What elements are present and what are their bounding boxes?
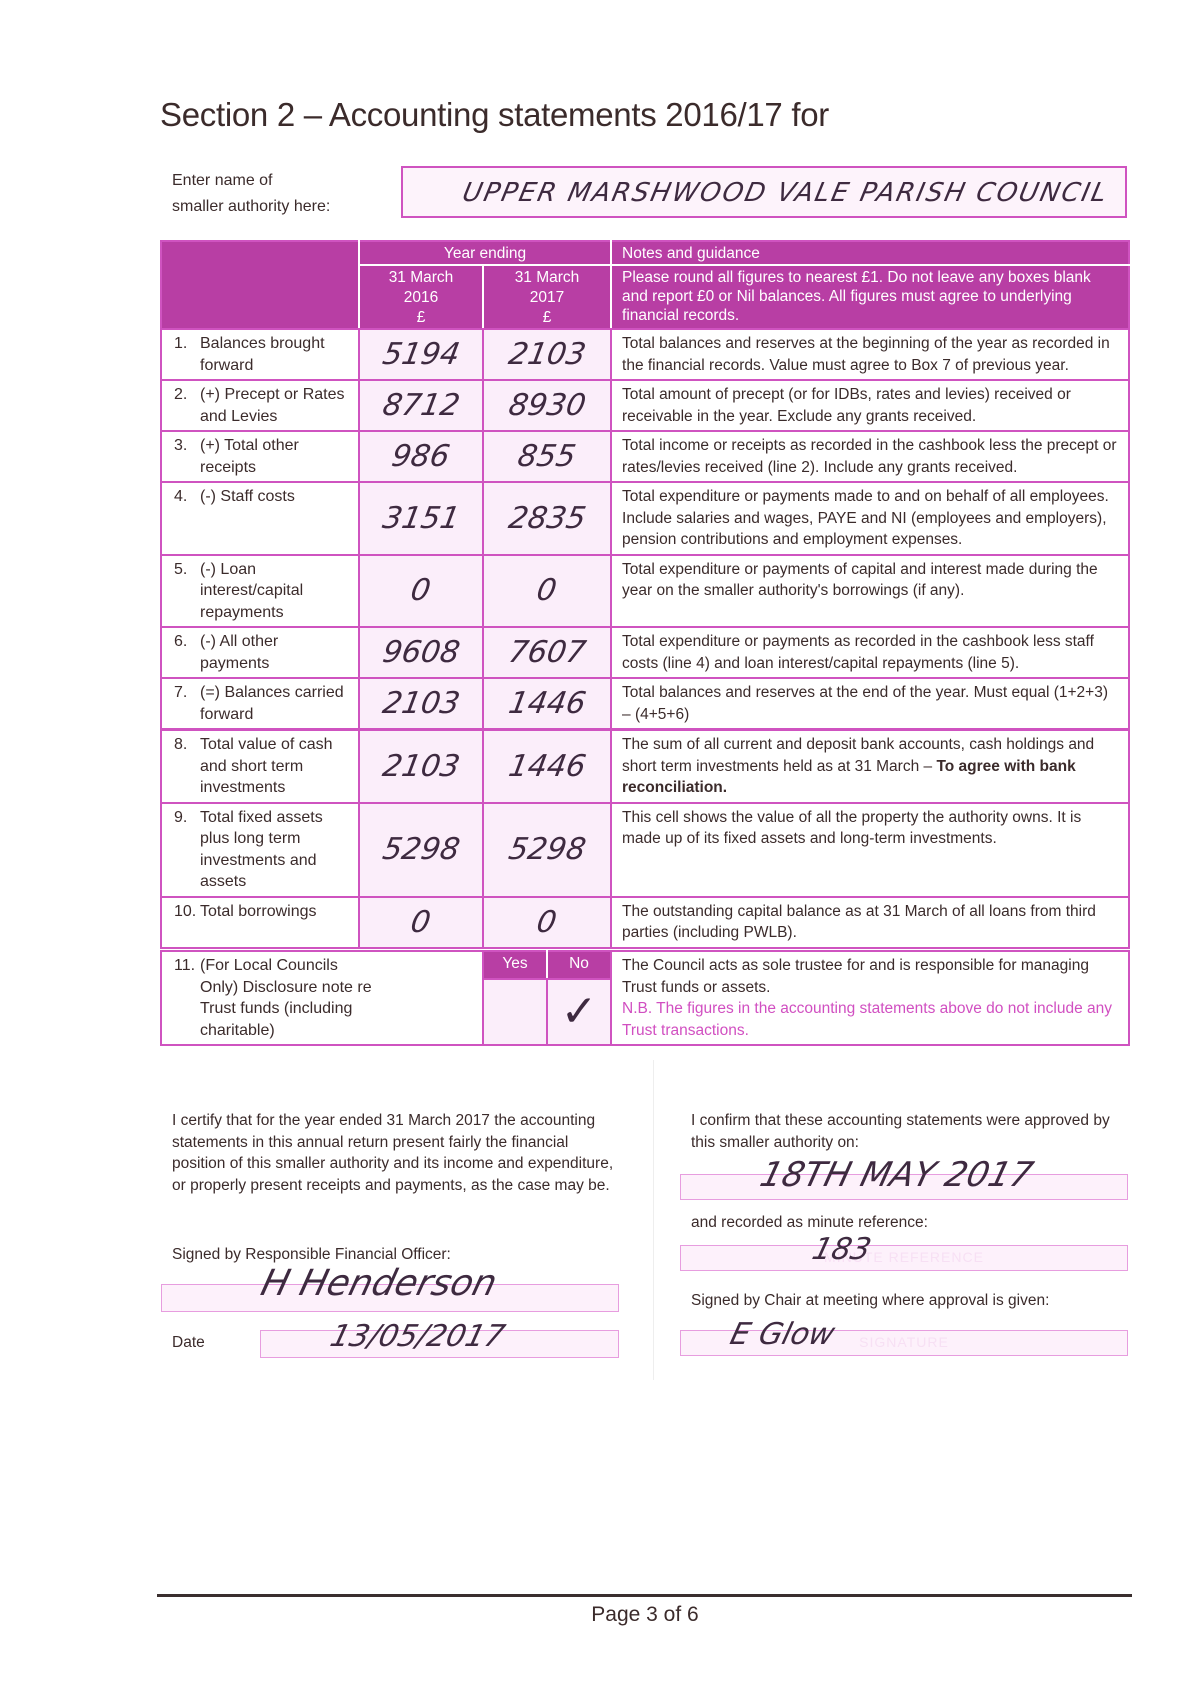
rfo-certification-text: I certify that for the year ended 31 Mar… xyxy=(172,1110,622,1196)
value-2016: 5298 xyxy=(380,832,463,867)
row-number: 2. xyxy=(174,384,200,406)
authority-name-value: UPPER MARSHWOOD VALE PARISH COUNCIL xyxy=(460,178,1111,208)
row-note-text: Total balances and reserves at the end o… xyxy=(622,684,1108,723)
row-number: 10. xyxy=(174,901,200,923)
row-label-cell: 4.(-) Staff costs xyxy=(161,482,359,555)
row-label-cell: 8.Total value of cash and short term inv… xyxy=(161,730,359,803)
row-note-cell: The outstanding capital balance as at 31… xyxy=(611,897,1129,948)
value-2017: 7607 xyxy=(506,635,589,670)
approval-text: I confirm that these accounting statemen… xyxy=(691,1110,1131,1153)
row-label-cell: 9.Total fixed assets plus long term inve… xyxy=(161,803,359,897)
value-2017: 2835 xyxy=(506,501,589,536)
value-2017: 0 xyxy=(534,905,559,940)
row-number: 4. xyxy=(174,486,200,508)
row-label: (-) Staff costs xyxy=(200,486,350,508)
table-row: 1.Balances brought forward51942103Total … xyxy=(161,329,1129,380)
header-year-ending: Year ending xyxy=(359,241,611,265)
value-2017: 855 xyxy=(515,439,578,474)
accounting-statements-table: Year ending Notes and guidance 31 March … xyxy=(160,240,1130,730)
value-2017: 2103 xyxy=(506,337,589,372)
value-2017-field[interactable]: 0 xyxy=(483,555,611,628)
chair-signature-label: Signed by Chair at meeting where approva… xyxy=(691,1292,1049,1310)
row-note-cell: Total balances and reserves at the begin… xyxy=(611,329,1129,380)
minute-reference-value: 183 xyxy=(809,1232,875,1267)
value-2017-field[interactable]: 5298 xyxy=(483,803,611,897)
row-number: 9. xyxy=(174,807,200,829)
value-2016: 0 xyxy=(408,573,433,608)
row-note-cell: Total expenditure or payments made to an… xyxy=(611,482,1129,555)
trust-label: 11.(For Local Councils Only) Disclosure … xyxy=(161,951,483,1045)
value-2016: 3151 xyxy=(380,501,463,536)
row-label: Total borrowings xyxy=(200,901,350,923)
trust-no-checkbox[interactable]: ✓ xyxy=(547,979,611,1045)
trust-yes-checkbox[interactable] xyxy=(483,979,547,1045)
row-number: 8. xyxy=(174,734,200,756)
row-number: 1. xyxy=(174,333,200,355)
row-label: Total value of cash and short term inves… xyxy=(200,734,350,799)
rfo-signature-label: Signed by Responsible Financial Officer: xyxy=(172,1246,451,1264)
table-row: 3.(+) Total other receipts986855Total in… xyxy=(161,431,1129,482)
row-label: (-) Loan interest/capital repayments xyxy=(200,559,350,624)
value-2016-field[interactable]: 9608 xyxy=(359,627,483,678)
row-note-cell: This cell shows the value of all the pro… xyxy=(611,803,1129,897)
authority-name-field[interactable]: UPPER MARSHWOOD VALE PARISH COUNCIL xyxy=(401,166,1127,218)
col-2016-line2: 2016 xyxy=(360,288,482,308)
rfo-date-value: 13/05/2017 xyxy=(327,1319,509,1354)
value-2016: 986 xyxy=(389,439,452,474)
row-label-cell: 6.(-) All other payments xyxy=(161,627,359,678)
table-row: 9.Total fixed assets plus long term inve… xyxy=(161,803,1129,897)
row-number: 6. xyxy=(174,631,200,653)
trust-note-nb: N.B. The figures in the accounting state… xyxy=(622,998,1118,1041)
value-2016-field[interactable]: 5298 xyxy=(359,803,483,897)
value-2016: 0 xyxy=(408,905,433,940)
value-2016: 2103 xyxy=(380,686,463,721)
row-note-cell: The sum of all current and deposit bank … xyxy=(611,730,1129,803)
value-2017-field[interactable]: 2835 xyxy=(483,482,611,555)
row-note-text: Total amount of precept (or for IDBs, ra… xyxy=(622,386,1071,425)
rfo-date-field[interactable]: 13/05/2017 xyxy=(260,1330,619,1358)
row-note-text: This cell shows the value of all the pro… xyxy=(622,809,1081,848)
minute-reference-placeholder: MINUTE REFERENCE xyxy=(681,1249,1127,1265)
col-2017-line2: 2017 xyxy=(484,288,610,308)
row-note-cell: Total amount of precept (or for IDBs, ra… xyxy=(611,380,1129,431)
page-number: Page 3 of 6 xyxy=(0,1603,1200,1627)
rfo-signature-value: H Henderson xyxy=(257,1263,501,1304)
trust-yes-header: Yes xyxy=(483,951,547,979)
row-note-text: Total expenditure or payments made to an… xyxy=(622,488,1109,548)
value-2016: 8712 xyxy=(380,388,463,423)
value-2017: 0 xyxy=(534,573,559,608)
chair-signature-field[interactable]: SIGNATURE E Glow xyxy=(680,1330,1128,1356)
approval-date-value: 18TH MAY 2017 xyxy=(756,1155,1037,1195)
value-2016: 9608 xyxy=(380,635,463,670)
table-row: 5.(-) Loan interest/capital repayments00… xyxy=(161,555,1129,628)
col-2016-line1: 31 March xyxy=(360,268,482,288)
value-2017-field[interactable]: 7607 xyxy=(483,627,611,678)
footer-rule xyxy=(157,1594,1132,1597)
row-label: Balances brought forward xyxy=(200,333,350,376)
value-2016-field[interactable]: 0 xyxy=(359,555,483,628)
value-2017-field[interactable]: 8930 xyxy=(483,380,611,431)
table-row: 10.Total borrowings00The outstanding cap… xyxy=(161,897,1129,948)
approval-date-field[interactable]: 18TH MAY 2017 xyxy=(680,1174,1128,1200)
trust-note-text: The Council acts as sole trustee for and… xyxy=(622,955,1118,998)
col-2017-currency: £ xyxy=(484,308,610,328)
row-note-text: Total expenditure or payments as recorde… xyxy=(622,633,1094,672)
table-row: 4.(-) Staff costs31512835Total expenditu… xyxy=(161,482,1129,555)
row-number: 3. xyxy=(174,435,200,457)
value-2017: 1446 xyxy=(506,686,589,721)
row-note-cell: Total income or receipts as recorded in … xyxy=(611,431,1129,482)
row-label-cell: 10.Total borrowings xyxy=(161,897,359,948)
value-2016-field[interactable]: 5194 xyxy=(359,329,483,380)
label-line-2: smaller authority here: xyxy=(172,194,330,220)
row-note-text: The outstanding capital balance as at 31… xyxy=(622,903,1096,942)
row-number: 7. xyxy=(174,682,200,704)
row-note-text: Total balances and reserves at the begin… xyxy=(622,335,1110,374)
col-2016-currency: £ xyxy=(360,308,482,328)
row-note-cell: Total expenditure or payments of capital… xyxy=(611,555,1129,628)
table-row: 7.(=) Balances carried forward21031446To… xyxy=(161,678,1129,729)
row-label: (-) All other payments xyxy=(200,631,350,674)
row-note-cell: Total balances and reserves at the end o… xyxy=(611,678,1129,729)
value-2017: 8930 xyxy=(506,388,589,423)
value-2016: 5194 xyxy=(380,337,463,372)
minute-reference-field[interactable]: MINUTE REFERENCE 183 xyxy=(680,1245,1128,1271)
header-col-2017: 31 March 2017 £ xyxy=(483,265,611,329)
row-label: (=) Balances carried forward xyxy=(200,682,350,725)
header-notes-title: Notes and guidance xyxy=(611,241,1129,265)
page-title: Section 2 – Accounting statements 2016/1… xyxy=(160,96,829,134)
minute-reference-label: and recorded as minute reference: xyxy=(691,1214,928,1232)
row-note-text: Total income or receipts as recorded in … xyxy=(622,437,1117,476)
value-2017: 5298 xyxy=(506,832,589,867)
row-label: (+) Precept or Rates and Levies xyxy=(200,384,350,427)
table-row: 6.(-) All other payments96087607Total ex… xyxy=(161,627,1129,678)
row-label-cell: 3.(+) Total other receipts xyxy=(161,431,359,482)
value-2017-field[interactable]: 0 xyxy=(483,897,611,948)
row-label-cell: 5.(-) Loan interest/capital repayments xyxy=(161,555,359,628)
value-2017-field[interactable]: 2103 xyxy=(483,329,611,380)
value-2017-field[interactable]: 1446 xyxy=(483,678,611,729)
value-2016-field[interactable]: 0 xyxy=(359,897,483,948)
rfo-signature-field[interactable]: H Henderson xyxy=(161,1284,619,1312)
value-2017-field[interactable]: 1446 xyxy=(483,730,611,803)
row-note-cell: Total expenditure or payments as recorde… xyxy=(611,627,1129,678)
row-number: 5. xyxy=(174,559,200,581)
value-2016-field[interactable]: 2103 xyxy=(359,678,483,729)
value-2016-field[interactable]: 8712 xyxy=(359,380,483,431)
header-col-2016: 31 March 2016 £ xyxy=(359,265,483,329)
row-label-cell: 7.(=) Balances carried forward xyxy=(161,678,359,729)
header-blank xyxy=(161,241,359,329)
value-2017-field[interactable]: 855 xyxy=(483,431,611,482)
label-line-1: Enter name of xyxy=(172,168,330,194)
column-divider xyxy=(653,1060,654,1380)
trust-note: The Council acts as sole trustee for and… xyxy=(611,951,1129,1045)
value-2016-field[interactable]: 986 xyxy=(359,431,483,482)
row-label: (For Local Councils Only) Disclosure not… xyxy=(200,955,380,1041)
row-label-cell: 1.Balances brought forward xyxy=(161,329,359,380)
row-note-text: Total expenditure or payments of capital… xyxy=(622,561,1098,600)
row-label-cell: 2.(+) Precept or Rates and Levies xyxy=(161,380,359,431)
table-row: 2.(+) Precept or Rates and Levies8712893… xyxy=(161,380,1129,431)
value-2017: 1446 xyxy=(506,749,589,784)
value-2016-field[interactable]: 3151 xyxy=(359,482,483,555)
table-row: 8.Total value of cash and short term inv… xyxy=(161,730,1129,803)
row-label: (+) Total other receipts xyxy=(200,435,350,478)
trust-disclosure-table: 11.(For Local Councils Only) Disclosure … xyxy=(160,950,1130,1046)
header-notes-guidance: Please round all figures to nearest £1. … xyxy=(611,265,1129,329)
row-number: 11. xyxy=(174,955,200,977)
col-2017-line1: 31 March xyxy=(484,268,610,288)
chair-signature-value: E Glow xyxy=(727,1317,839,1352)
balance-sheet-table: 8.Total value of cash and short term inv… xyxy=(160,729,1130,949)
trust-no-header: No xyxy=(547,951,611,979)
row-label: Total fixed assets plus long term invest… xyxy=(200,807,350,893)
check-icon: ✓ xyxy=(561,986,598,1037)
authority-name-label: Enter name of smaller authority here: xyxy=(172,168,330,220)
date-label: Date xyxy=(172,1334,205,1352)
value-2016: 2103 xyxy=(380,749,463,784)
value-2016-field[interactable]: 2103 xyxy=(359,730,483,803)
